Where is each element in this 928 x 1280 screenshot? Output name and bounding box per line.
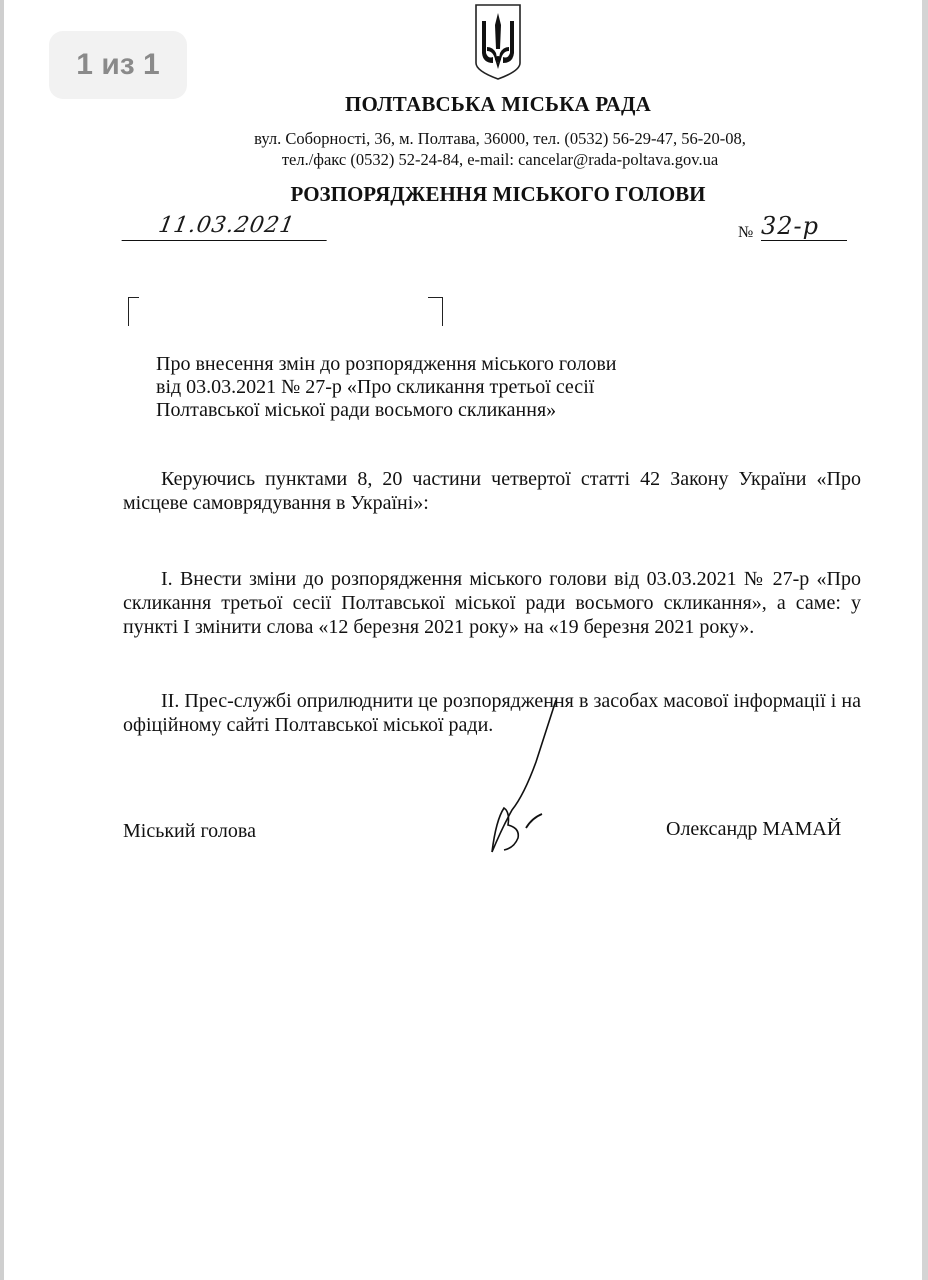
document-subject: Про внесення змін до розпорядження міськ… xyxy=(156,353,676,422)
document-page: 1 из 1 ПОЛТАВСЬКА МІСЬКА РАДА вул. Собор… xyxy=(4,0,922,1280)
address-line-2: тел./факс (0532) 52-24-84, e-mail: cance… xyxy=(204,149,796,170)
address-line-1: вул. Соборності, 36, м. Полтава, 36000, … xyxy=(204,128,796,149)
subject-line-3: Полтавської міської ради восьмого склика… xyxy=(156,399,676,422)
signatory-role: Міський голова xyxy=(123,820,256,843)
subject-line-1: Про внесення змін до розпорядження міськ… xyxy=(156,353,676,376)
subject-bracket-right xyxy=(428,297,443,326)
preamble-paragraph: Керуючись пунктами 8, 20 частини четверт… xyxy=(123,467,861,515)
handwritten-signature-icon xyxy=(474,700,584,860)
signatory-name: Олександр МАМАЙ xyxy=(666,818,841,841)
document-number: 32-р xyxy=(761,212,847,241)
subject-bracket-left xyxy=(128,297,139,326)
organization-name: ПОЛТАВСЬКА МІСЬКА РАДА xyxy=(4,92,928,117)
organization-address: вул. Соборності, 36, м. Полтава, 36000, … xyxy=(204,128,796,170)
viewer-right-edge xyxy=(922,0,928,1280)
item-1-paragraph: І. Внести зміни до розпорядження міськог… xyxy=(123,567,861,639)
page-counter-badge: 1 из 1 xyxy=(49,31,187,99)
trident-coat-of-arms-icon xyxy=(473,3,523,81)
document-date: 11.03.2021 xyxy=(122,213,332,241)
document-type-heading: РОЗПОРЯДЖЕННЯ МІСЬКОГО ГОЛОВИ xyxy=(4,182,928,207)
subject-line-2: від 03.03.2021 № 27-р «Про скликання тре… xyxy=(156,376,676,399)
document-number-label: № xyxy=(738,224,753,242)
